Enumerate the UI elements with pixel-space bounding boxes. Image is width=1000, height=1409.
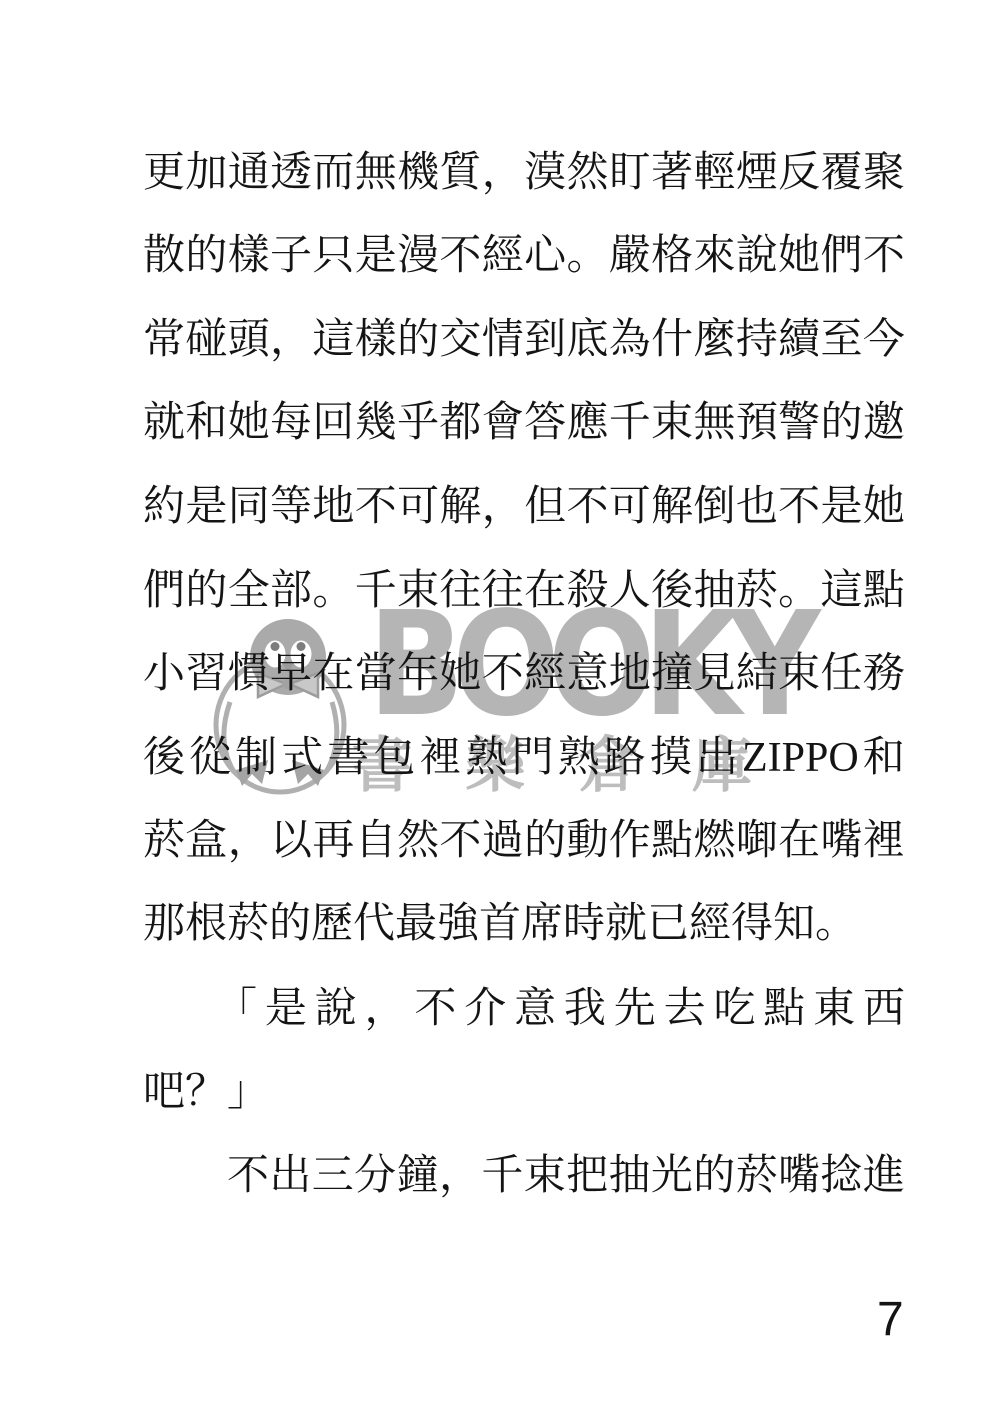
text-line-3: 常碰頭，這樣的交情到底為什麼持續至今 bbox=[143, 298, 905, 382]
text-line-4: 就和她每回幾乎都會答應千束無預警的邀 bbox=[143, 382, 905, 466]
text-line-2: 散的樣子只是漫不經心。嚴格來說她們不 bbox=[143, 215, 905, 299]
book-page: BOOKY 書樂倉庫 更加通透而無機質，漠然盯著輕煙反覆聚散的樣子只是漫不經心。… bbox=[0, 0, 1000, 1409]
page-number: 7 bbox=[877, 1294, 904, 1347]
text-line-9: 菸盒，以再自然不過的動作點燃啣在嘴裡 bbox=[143, 800, 905, 884]
text-line-7: 小習慣早在當年她不經意地撞見結束任務 bbox=[143, 633, 905, 717]
text-line-6: 們的全部。千束往往在殺人後抽菸。這點 bbox=[143, 549, 905, 633]
text-line-10: 那根菸的歷代最強首席時就已經得知。 bbox=[143, 883, 905, 967]
text-line-13: 不出三分鐘，千束把抽光的菸嘴捻進 bbox=[143, 1134, 905, 1218]
text-line-8: 後從制式書包裡熟門熟路摸出ZIPPO和 bbox=[143, 716, 905, 800]
text-line-1: 更加通透而無機質，漠然盯著輕煙反覆聚 bbox=[143, 131, 905, 215]
text-line-5: 約是同等地不可解，但不可解倒也不是她 bbox=[143, 465, 905, 549]
body-text: 更加通透而無機質，漠然盯著輕煙反覆聚散的樣子只是漫不經心。嚴格來說她們不常碰頭，… bbox=[143, 131, 905, 1218]
text-line-12: 吧？」 bbox=[143, 1051, 905, 1135]
text-line-11: 「是說，不介意我先去吃點東西 bbox=[143, 967, 905, 1051]
